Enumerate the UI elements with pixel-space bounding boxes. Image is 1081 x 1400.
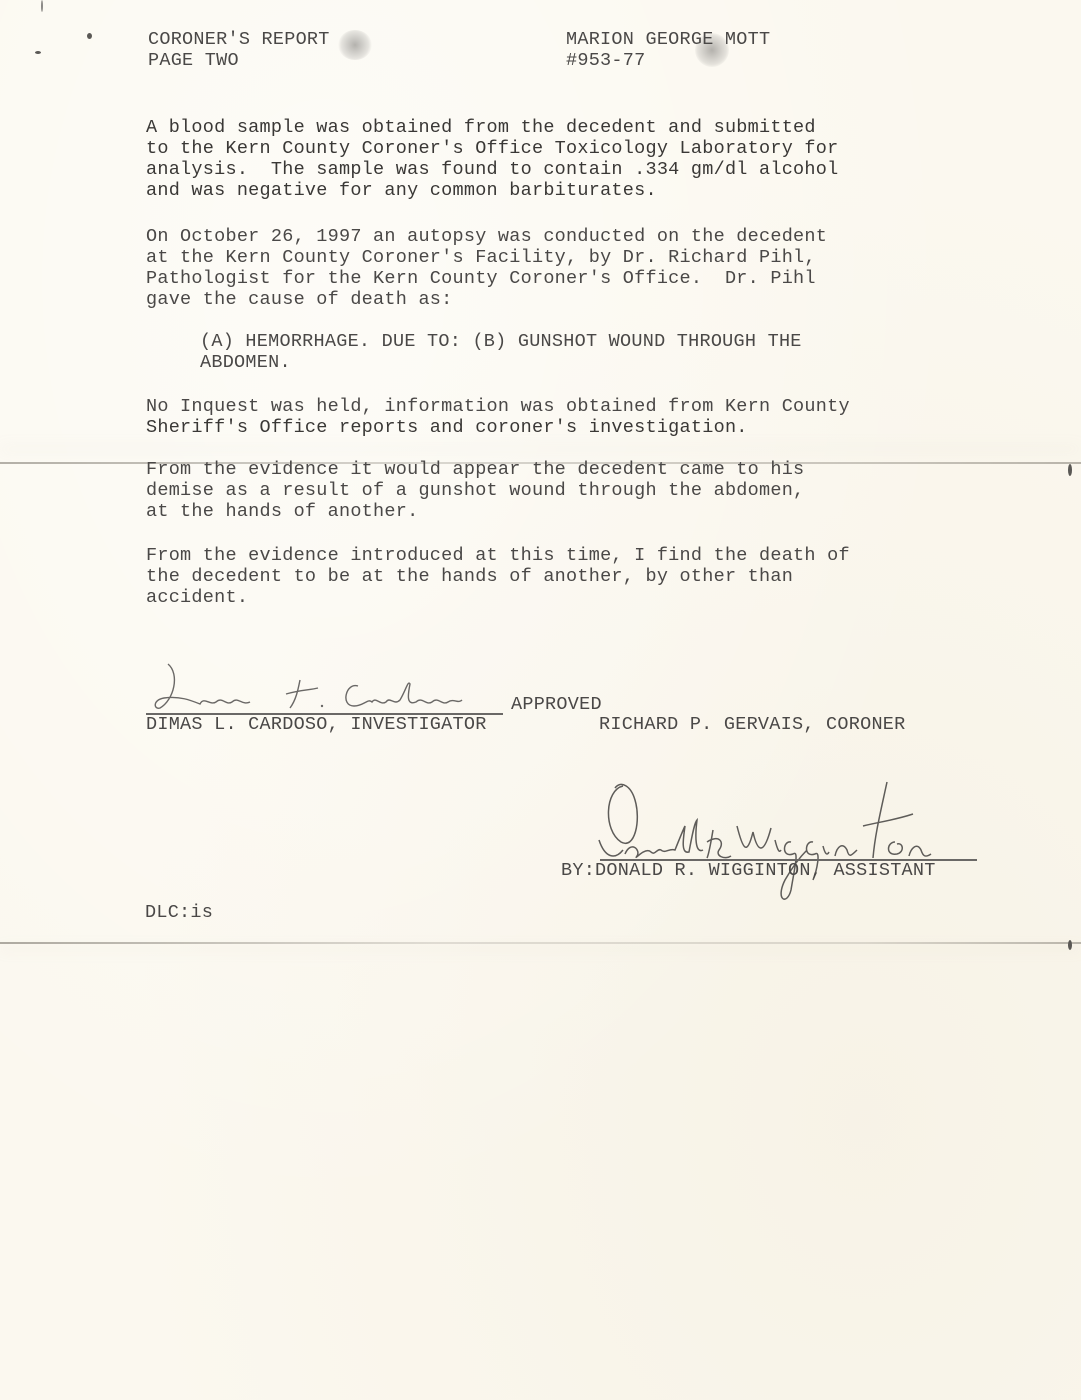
report-title: CORONER'S REPORT <box>148 29 330 50</box>
text-line: From the evidence introduced at this tim… <box>146 545 850 566</box>
paragraph-autopsy: On October 26, 1997 an autopsy was condu… <box>146 226 827 310</box>
paragraph-finding: From the evidence introduced at this tim… <box>146 545 850 608</box>
text-line: and was negative for any common barbitur… <box>146 180 838 201</box>
reference-initials: DLC:is <box>145 902 213 923</box>
report-header: CORONER'S REPORTPAGE TWO <box>148 29 330 71</box>
paragraph-evidence: From the evidence it would appear the de… <box>146 459 804 522</box>
text-line: A blood sample was obtained from the dec… <box>146 117 838 138</box>
text-line: at the hands of another. <box>146 501 804 522</box>
text-line: (A) HEMORRHAGE. DUE TO: (B) GUNSHOT WOUN… <box>200 331 802 352</box>
ink-speck <box>35 51 41 54</box>
approved-label: APPROVED <box>511 694 602 715</box>
text-line: ABDOMEN. <box>200 352 802 373</box>
signature-scribble-icon <box>595 770 935 910</box>
text-line: gave the cause of death as: <box>146 289 827 310</box>
text-line: demise as a result of a gunshot wound th… <box>146 480 804 501</box>
text-line: From the evidence it would appear the de… <box>146 459 804 480</box>
ink-speck <box>41 0 43 12</box>
text-line: to the Kern County Coroner's Office Toxi… <box>146 138 838 159</box>
ink-speck <box>1068 464 1072 476</box>
coroner-name: RICHARD P. GERVAIS, CORONER <box>599 714 906 735</box>
signature-scribble-icon <box>150 660 490 714</box>
ink-speck <box>87 33 92 39</box>
text-line: at the Kern County Coroner's Facility, b… <box>146 247 827 268</box>
text-line: Pathologist for the Kern County Coroner'… <box>146 268 827 289</box>
text-line: analysis. The sample was found to contai… <box>146 159 838 180</box>
smudge-mark <box>338 30 372 60</box>
decedent-name: MARION GEORGE MOTT <box>566 29 770 50</box>
fold-line <box>0 942 1081 944</box>
paragraph-inquest: No Inquest was held, information was obt… <box>146 396 850 438</box>
case-header: MARION GEORGE MOTT#953-77 <box>566 29 770 71</box>
ink-speck <box>1068 940 1072 950</box>
text-line: No Inquest was held, information was obt… <box>146 396 850 417</box>
cause-of-death: (A) HEMORRHAGE. DUE TO: (B) GUNSHOT WOUN… <box>200 331 802 373</box>
text-line: accident. <box>146 587 850 608</box>
page-number: PAGE TWO <box>148 50 330 71</box>
text-line: Sheriff's Office reports and coroner's i… <box>146 417 850 438</box>
case-number: #953-77 <box>566 50 770 71</box>
assistant-name: BY:DONALD R. WIGGINTON, ASSISTANT <box>561 860 936 881</box>
assistant-signature <box>595 770 935 914</box>
text-line: On October 26, 1997 an autopsy was condu… <box>146 226 827 247</box>
investigator-name: DIMAS L. CARDOSO, INVESTIGATOR <box>146 714 487 735</box>
paragraph-toxicology: A blood sample was obtained from the dec… <box>146 117 838 201</box>
text-line: the decedent to be at the hands of anoth… <box>146 566 850 587</box>
investigator-signature <box>150 660 490 718</box>
